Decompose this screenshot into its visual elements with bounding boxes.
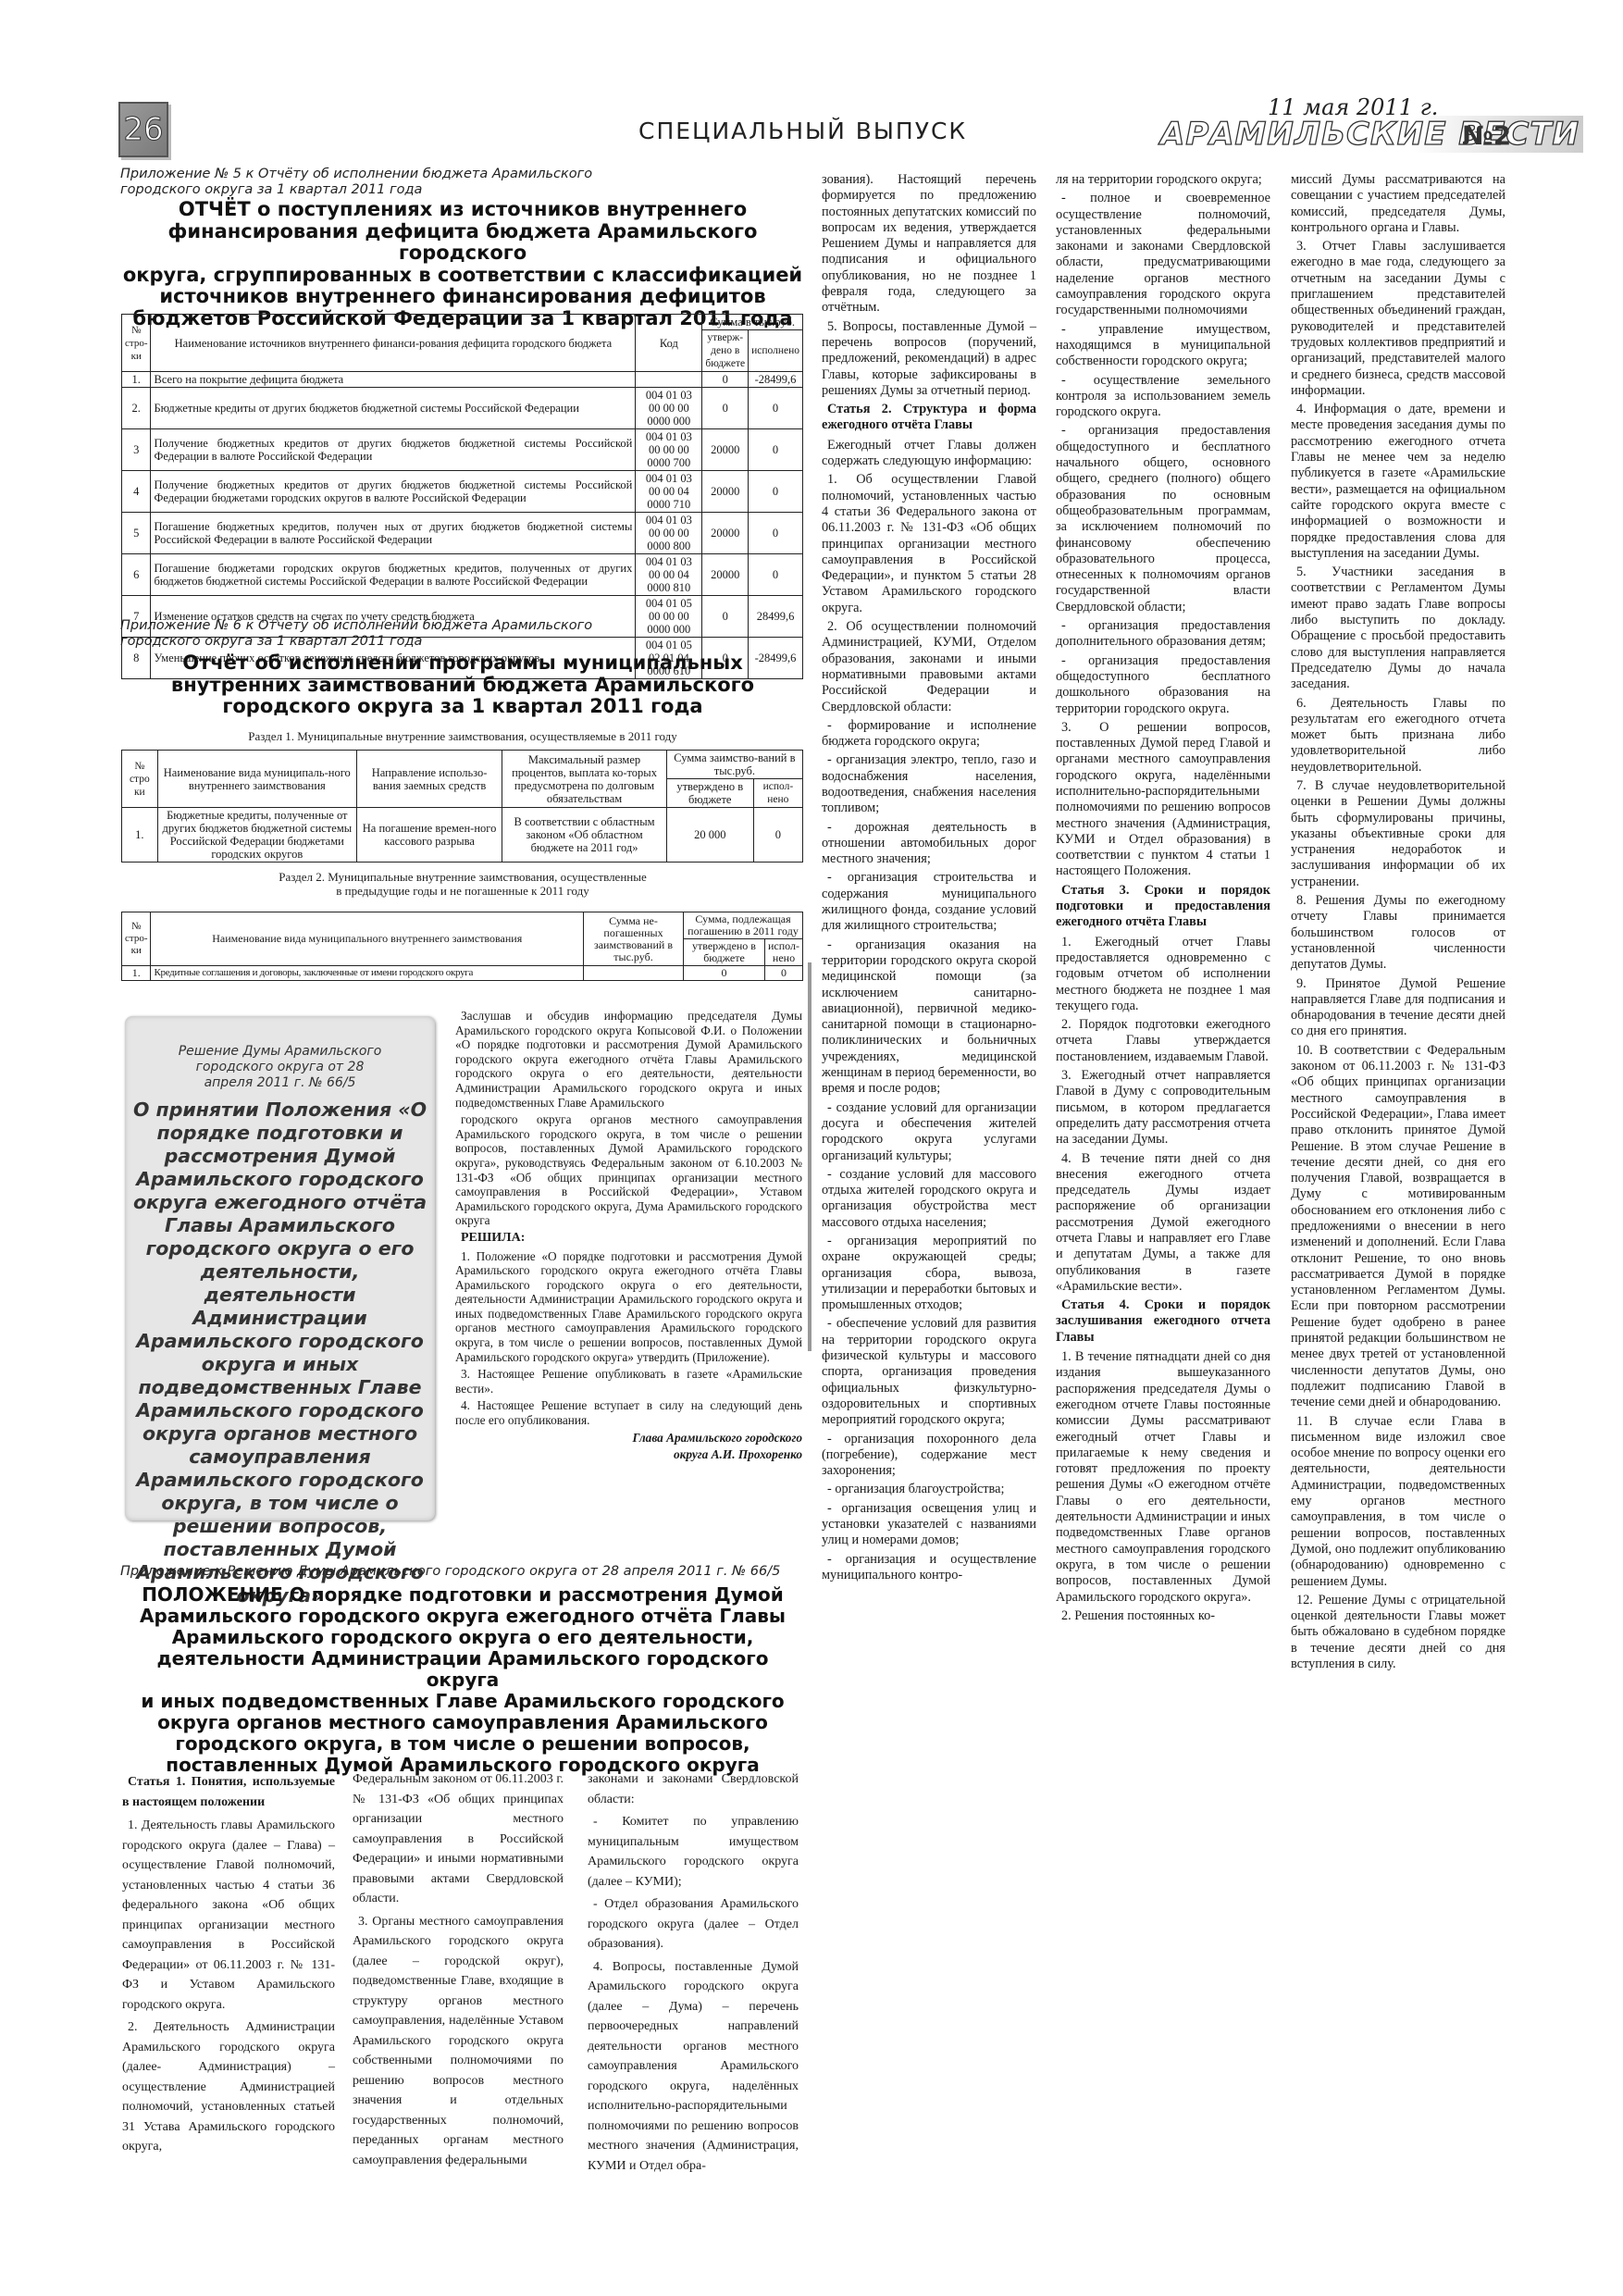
paragraph: 12. Решение Думы с отрицательной оценкой… bbox=[1291, 1593, 1505, 1672]
col-header-name: Наименование источников внутреннего фина… bbox=[151, 315, 636, 372]
title-line: Арамильского городского округа ежегодног… bbox=[120, 1606, 805, 1627]
cell-approved: 0 bbox=[702, 372, 749, 388]
list-item: - создание условий для массового отдыха … bbox=[822, 1167, 1036, 1231]
col-header-num: № стро-ки bbox=[122, 315, 151, 372]
article-heading: Статья 1. Понятия, используемые в настоя… bbox=[122, 1772, 335, 1812]
cell-approved: 0 bbox=[684, 966, 765, 981]
paragraph: 5. Участники заседания в соответствии с … bbox=[1291, 565, 1505, 692]
title-line: городского округа, в том числе о решении… bbox=[120, 1733, 805, 1755]
regulation-column-5: ля на территории городского округа; - по… bbox=[1056, 172, 1270, 1627]
list-item: - организация благоустройства; bbox=[822, 1482, 1036, 1497]
signature-line: округа А.И. Прохоренко bbox=[455, 1447, 802, 1462]
col-header-sum: Сумма заимство-ваний в тыс.руб. bbox=[666, 751, 802, 779]
regulation-column-2: Федеральным законом от 06.11.2003 г. № 1… bbox=[353, 1769, 564, 2173]
paragraph: 9. Принятое Думой Решение направляется Г… bbox=[1291, 976, 1505, 1040]
newspaper-masthead: АРАМИЛЬСКИЕ ВЕСТИ bbox=[1157, 116, 1583, 153]
paragraph: миссий Думы рассматриваются на совещании… bbox=[1291, 172, 1505, 236]
cell-name: Погашение бюджетами городских округов бю… bbox=[151, 554, 636, 596]
subtitle-line: апреля 2011 г. № 66/5 bbox=[132, 1075, 427, 1091]
table-header-row: № стро-ки Наименование источников внутре… bbox=[122, 315, 803, 330]
col-header-name: Наименование вида муниципаль-ного внутре… bbox=[157, 751, 356, 808]
table-row: 4 Получение бюджетных кредитов от других… bbox=[122, 471, 803, 513]
paragraph: 1. Об осуществлении Главой полномочий, у… bbox=[822, 472, 1036, 616]
appendix6-title: Отчёт об исполнении программы муниципаль… bbox=[120, 652, 805, 718]
col-header-executed: исполнено bbox=[749, 330, 803, 372]
list-item: - обеспечение условий для развития на те… bbox=[822, 1316, 1036, 1428]
paragraph: 8. Решения Думы по ежегодному отчету Гла… bbox=[1291, 893, 1505, 973]
title-line: внутренних заимствований бюджета Арамиль… bbox=[120, 675, 805, 697]
title-line: ПОЛОЖЕНИЕ О порядке подготовки и рассмот… bbox=[120, 1584, 805, 1606]
decision-subtitle: Решение Думы Арамильского городского окр… bbox=[132, 1044, 427, 1091]
section2-caption: Раздел 2. Муниципальные внутренние заимс… bbox=[120, 870, 805, 898]
col-header-sum: Сумма в тыс.руб. bbox=[702, 315, 803, 330]
list-item: - организация предоставления дополнитель… bbox=[1056, 618, 1270, 651]
paragraph: 10. В соответствии с Федеральным законом… bbox=[1291, 1043, 1505, 1411]
paragraph: - Отдел образования Арамильского городск… bbox=[588, 1894, 799, 1955]
regulation-title: ПОЛОЖЕНИЕ О порядке подготовки и рассмот… bbox=[120, 1584, 805, 1776]
title-line: округа органов местного самоуправления А… bbox=[120, 1712, 805, 1733]
list-item: - организация освещения улиц и установки… bbox=[822, 1501, 1036, 1549]
col-header-approved: утверждено в бюджете bbox=[666, 779, 753, 808]
list-item: ля на территории городского округа; bbox=[1056, 172, 1270, 188]
column-rule bbox=[808, 962, 811, 1351]
cell-executed: 0 bbox=[749, 388, 803, 429]
decision-item: 4. Настоящее Решение вступает в силу на … bbox=[455, 1398, 802, 1427]
table-header-row: № стро-ки Наименование вида муниципально… bbox=[122, 912, 803, 939]
title-line: источников внутреннего финансирования де… bbox=[120, 286, 805, 308]
col-header-max-rate: Максимальный размер процентов, выплата к… bbox=[502, 751, 667, 808]
paragraph: 4. Вопросы, поставленные Думой Арамильск… bbox=[588, 1957, 799, 2177]
regulation-column-3: законами и законами Свердловской области… bbox=[588, 1769, 799, 2178]
cell-approved: 0 bbox=[702, 388, 749, 429]
regulation-column-4: зования). Настоящий перечень формируется… bbox=[822, 172, 1036, 1586]
col-header-approved: утверж-дено в бюджете bbox=[702, 330, 749, 372]
issue-number: №2 bbox=[1462, 120, 1511, 151]
col-header-num: № стро ки bbox=[122, 751, 158, 808]
page-number: 26 bbox=[118, 102, 168, 157]
title-line: городского округа за 1 квартал 2011 года bbox=[120, 696, 805, 718]
paragraph: - Комитет по управлению муниципальным им… bbox=[588, 1812, 799, 1892]
col-header-approved: утверждено в бюджете bbox=[684, 939, 765, 966]
cell-name: Всего на покрытие дефицита бюджета bbox=[151, 372, 636, 388]
cell-direction: На погашение времен-ного кассового разры… bbox=[356, 808, 502, 863]
caption-line: Приложение № 6 к Отчету об исполнении бю… bbox=[120, 618, 805, 634]
cell-name: Бюджетные кредиты от других бюджетов бюд… bbox=[151, 388, 636, 429]
decision-preamble-continued: городского округа органов местного самоу… bbox=[455, 1112, 802, 1228]
paragraph: 3. Органы местного самоуправления Арамил… bbox=[353, 1912, 564, 2171]
title-line: округа, сгруппированных в соответствии с… bbox=[120, 265, 805, 287]
paragraph: 11. В случае если Глава в письменном вид… bbox=[1291, 1414, 1505, 1590]
cell-num: 4 bbox=[122, 471, 151, 513]
cell-executed: 0 bbox=[753, 808, 802, 863]
appendix5-title: ОТЧЁТ о поступлениях из источников внутр… bbox=[120, 199, 805, 329]
col-header-code: Код bbox=[636, 315, 702, 372]
paragraph: 4. Информация о дате, времени и месте пр… bbox=[1291, 402, 1505, 562]
cell-max-rate: В соответствии с областным законом «Об о… bbox=[502, 808, 667, 863]
cell-approved: 20000 bbox=[702, 554, 749, 596]
subtitle-line: городского округа от 28 bbox=[132, 1060, 427, 1075]
paragraph: 6. Деятельность Главы по результатам его… bbox=[1291, 696, 1505, 776]
cell-approved: 20000 bbox=[702, 471, 749, 513]
list-item: - дорожная деятельность в отношении авто… bbox=[822, 820, 1036, 868]
table-header-row: № стро ки Наименование вида муниципаль-н… bbox=[122, 751, 803, 779]
table-row: 2. Бюджетные кредиты от других бюджетов … bbox=[122, 388, 803, 429]
regulation-caption: Приложение к Решению Думы Арамильского г… bbox=[120, 1564, 805, 1580]
list-item: - организация предоставления общедоступн… bbox=[1056, 653, 1270, 717]
cell-name: Бюджетные кредиты, полученные от других … bbox=[157, 808, 356, 863]
cell-num: 1. bbox=[122, 808, 158, 863]
cell-executed: 0 bbox=[749, 554, 803, 596]
cell-code: 004 01 03 00 00 00 0000 000 bbox=[636, 388, 702, 429]
caption-line: городского округа за 1 квартал 2011 года bbox=[120, 182, 805, 198]
paragraph: 2. Порядок подготовки ежегодного отчета … bbox=[1056, 1017, 1270, 1065]
subtitle-line: Решение Думы Арамильского bbox=[132, 1044, 427, 1060]
paragraph: 3. Отчет Главы заслушивается ежегодно в … bbox=[1291, 239, 1505, 399]
paragraph: 1. В течение пятнадцати дней со дня изда… bbox=[1056, 1349, 1270, 1606]
paragraph: 2. Об осуществлении полномочий Администр… bbox=[822, 619, 1036, 715]
cell-num: 1. bbox=[122, 372, 151, 388]
article-heading: Статья 2. Структура и форма ежегодного о… bbox=[822, 402, 1036, 434]
cell-approved: 20000 bbox=[702, 429, 749, 471]
cell-code: 004 01 03 00 00 00 0000 700 bbox=[636, 429, 702, 471]
cell-executed: 0 bbox=[765, 966, 803, 981]
title-line: и иных подведомственных Главе Арамильско… bbox=[120, 1691, 805, 1712]
section1-caption: Раздел 1. Муниципальные внутренние заимс… bbox=[120, 729, 805, 743]
cell-executed: -28499,6 bbox=[749, 372, 803, 388]
signature-line: Глава Арамильского городского bbox=[455, 1431, 802, 1446]
cell-executed: 0 bbox=[749, 513, 803, 554]
list-item: - организация мероприятий по охране окру… bbox=[822, 1234, 1036, 1313]
paragraph: Федеральным законом от 06.11.2003 г. № 1… bbox=[353, 1769, 564, 1909]
borrowings-2011-table: № стро ки Наименование вида муниципаль-н… bbox=[121, 750, 803, 863]
list-item: - управление имуществом, находящимся в м… bbox=[1056, 322, 1270, 370]
section-title: СПЕЦИАЛЬНЫЙ ВЫПУСК bbox=[638, 118, 967, 144]
col-header-executed: испол-нено bbox=[765, 939, 803, 966]
col-header-name: Наименование вида муниципального внутрен… bbox=[151, 912, 584, 966]
table-row: 5 Погашение бюджетных кредитов, получен … bbox=[122, 513, 803, 554]
paragraph: 4. В течение пяти дней со дня внесения е… bbox=[1056, 1151, 1270, 1296]
paragraph: Ежегодный отчет Главы должен содержать с… bbox=[822, 438, 1036, 470]
appendix6-caption: Приложение № 6 к Отчету об исполнении бю… bbox=[120, 618, 805, 650]
col-header-num: № стро-ки bbox=[122, 912, 151, 966]
list-item: - осуществление земельного контроля за и… bbox=[1056, 373, 1270, 421]
list-item: - организация похоронного дела (погребен… bbox=[822, 1432, 1036, 1480]
col-header-direction: Направление использо-вания заемных средс… bbox=[356, 751, 502, 808]
list-item: - организация оказания на территории гор… bbox=[822, 937, 1036, 1098]
paragraph: 1. Деятельность главы Арамильского город… bbox=[122, 1816, 335, 2015]
table-row: 1. Бюджетные кредиты, полученные от друг… bbox=[122, 808, 803, 863]
regulation-column-6: миссий Думы рассматриваются на совещании… bbox=[1291, 172, 1505, 1675]
decision-item: 3. Настоящее Решение опубликовать в газе… bbox=[455, 1367, 802, 1396]
cell-code: 004 01 03 00 00 04 0000 710 bbox=[636, 471, 702, 513]
cell-outstanding bbox=[584, 966, 684, 981]
cell-code: 004 01 03 00 00 04 0000 810 bbox=[636, 554, 702, 596]
cell-code: 004 01 03 00 00 00 0000 800 bbox=[636, 513, 702, 554]
list-item: - организация электро, тепло, газо и вод… bbox=[822, 752, 1036, 816]
cell-name: Кредитные соглашения и договоры, заключе… bbox=[151, 966, 584, 981]
col-header-due: Сумма, подлежащая погашению в 2011 году bbox=[684, 912, 803, 939]
paragraph: 5. Вопросы, поставленные Думой – перечен… bbox=[822, 319, 1036, 399]
list-item: - формирование и исполнение бюджета горо… bbox=[822, 718, 1036, 751]
paragraph: законами и законами Свердловской области… bbox=[588, 1769, 799, 1809]
cell-name: Получение бюджетных кредитов от других б… bbox=[151, 429, 636, 471]
appendix5-caption: Приложение № 5 к Отчёту об исполнении бю… bbox=[120, 167, 805, 198]
caption-line: городского округа за 1 квартал 2011 года bbox=[120, 634, 805, 650]
decision-headline: О принятии Положения «О порядке подготов… bbox=[132, 1098, 427, 1607]
title-line: Отчёт об исполнении программы муниципаль… bbox=[120, 652, 805, 675]
paragraph: 3. О решении вопросов, поставленных Думо… bbox=[1056, 720, 1270, 880]
caption-line: Приложение № 5 к Отчёту об исполнении бю… bbox=[120, 167, 805, 182]
cell-approved: 20000 bbox=[702, 513, 749, 554]
paragraph: 7. В случае неудовлетворительной оценки … bbox=[1291, 778, 1505, 890]
list-item: - создание условий для организации досуг… bbox=[822, 1100, 1036, 1164]
cell-code bbox=[636, 372, 702, 388]
paragraph: 2. Решения постоянных ко- bbox=[1056, 1608, 1270, 1624]
caption-line: Раздел 2. Муниципальные внутренние заимс… bbox=[120, 870, 805, 884]
list-item: - полное и своевременное осуществление п… bbox=[1056, 191, 1270, 318]
caption-line: в предыдущие годы и не погашенные к 2011… bbox=[120, 884, 805, 898]
table-row: 1. Всего на покрытие дефицита бюджета 0 … bbox=[122, 372, 803, 388]
paragraph: 2. Деятельность Администрации Арамильско… bbox=[122, 2017, 335, 2157]
cell-num: 6 bbox=[122, 554, 151, 596]
table-row: 3 Получение бюджетных кредитов от других… bbox=[122, 429, 803, 471]
col-header-outstanding: Сумма не-погашенных заимствований в тыс.… bbox=[584, 912, 684, 966]
paragraph: 1. Ежегодный отчет Главы предоставляется… bbox=[1056, 935, 1270, 1014]
cell-executed: 0 bbox=[749, 471, 803, 513]
decision-item: 1. Положение «О порядке подготовки и рас… bbox=[455, 1249, 802, 1365]
regulation-column-1: Статья 1. Понятия, используемые в настоя… bbox=[122, 1769, 335, 2160]
cell-num: 3 bbox=[122, 429, 151, 471]
table-row: 6 Погашение бюджетами городских округов … bbox=[122, 554, 803, 596]
cell-num: 2. bbox=[122, 388, 151, 429]
title-line: ОТЧЁТ о поступлениях из источников внутр… bbox=[120, 199, 805, 221]
outstanding-borrowings-table: № стро-ки Наименование вида муниципально… bbox=[121, 912, 803, 981]
paragraph: 3. Ежегодный отчет направляется Главой в… bbox=[1056, 1068, 1270, 1148]
list-item: - организация и осуществление муниципаль… bbox=[822, 1552, 1036, 1584]
cell-name: Получение бюджетных кредитов от других б… bbox=[151, 471, 636, 513]
cell-num: 5 bbox=[122, 513, 151, 554]
title-line: Арамильского городского округа о его дея… bbox=[120, 1627, 805, 1648]
col-header-executed: испол-нено bbox=[753, 779, 802, 808]
list-item: - организация предоставления общедоступн… bbox=[1056, 423, 1270, 615]
table-row: 1. Кредитные соглашения и договоры, закл… bbox=[122, 966, 803, 981]
paragraph: зования). Настоящий перечень формируется… bbox=[822, 172, 1036, 316]
title-line: финансирования дефицита бюджета Арамильс… bbox=[120, 221, 805, 265]
decision-text: Заслушав и обсудив информацию председате… bbox=[455, 1009, 802, 1465]
decision-preamble: Заслушав и обсудив информацию председате… bbox=[455, 1009, 802, 1110]
list-item: - организация строительства и содержания… bbox=[822, 870, 1036, 934]
decision-resolved-label: РЕШИЛА: bbox=[455, 1231, 802, 1246]
title-line: деятельности Администрации Арамильского … bbox=[120, 1648, 805, 1691]
article-heading: Статья 3. Сроки и порядок подготовки и п… bbox=[1056, 883, 1270, 931]
cell-name: Погашение бюджетных кредитов, получен ны… bbox=[151, 513, 636, 554]
decision-headline-box: Решение Думы Арамильского городского окр… bbox=[125, 1016, 435, 1520]
cell-executed: 0 bbox=[749, 429, 803, 471]
cell-approved: 20 000 bbox=[666, 808, 753, 863]
cell-num: 1. bbox=[122, 966, 151, 981]
article-heading: Статья 4. Сроки и порядок заслушивания е… bbox=[1056, 1297, 1270, 1346]
